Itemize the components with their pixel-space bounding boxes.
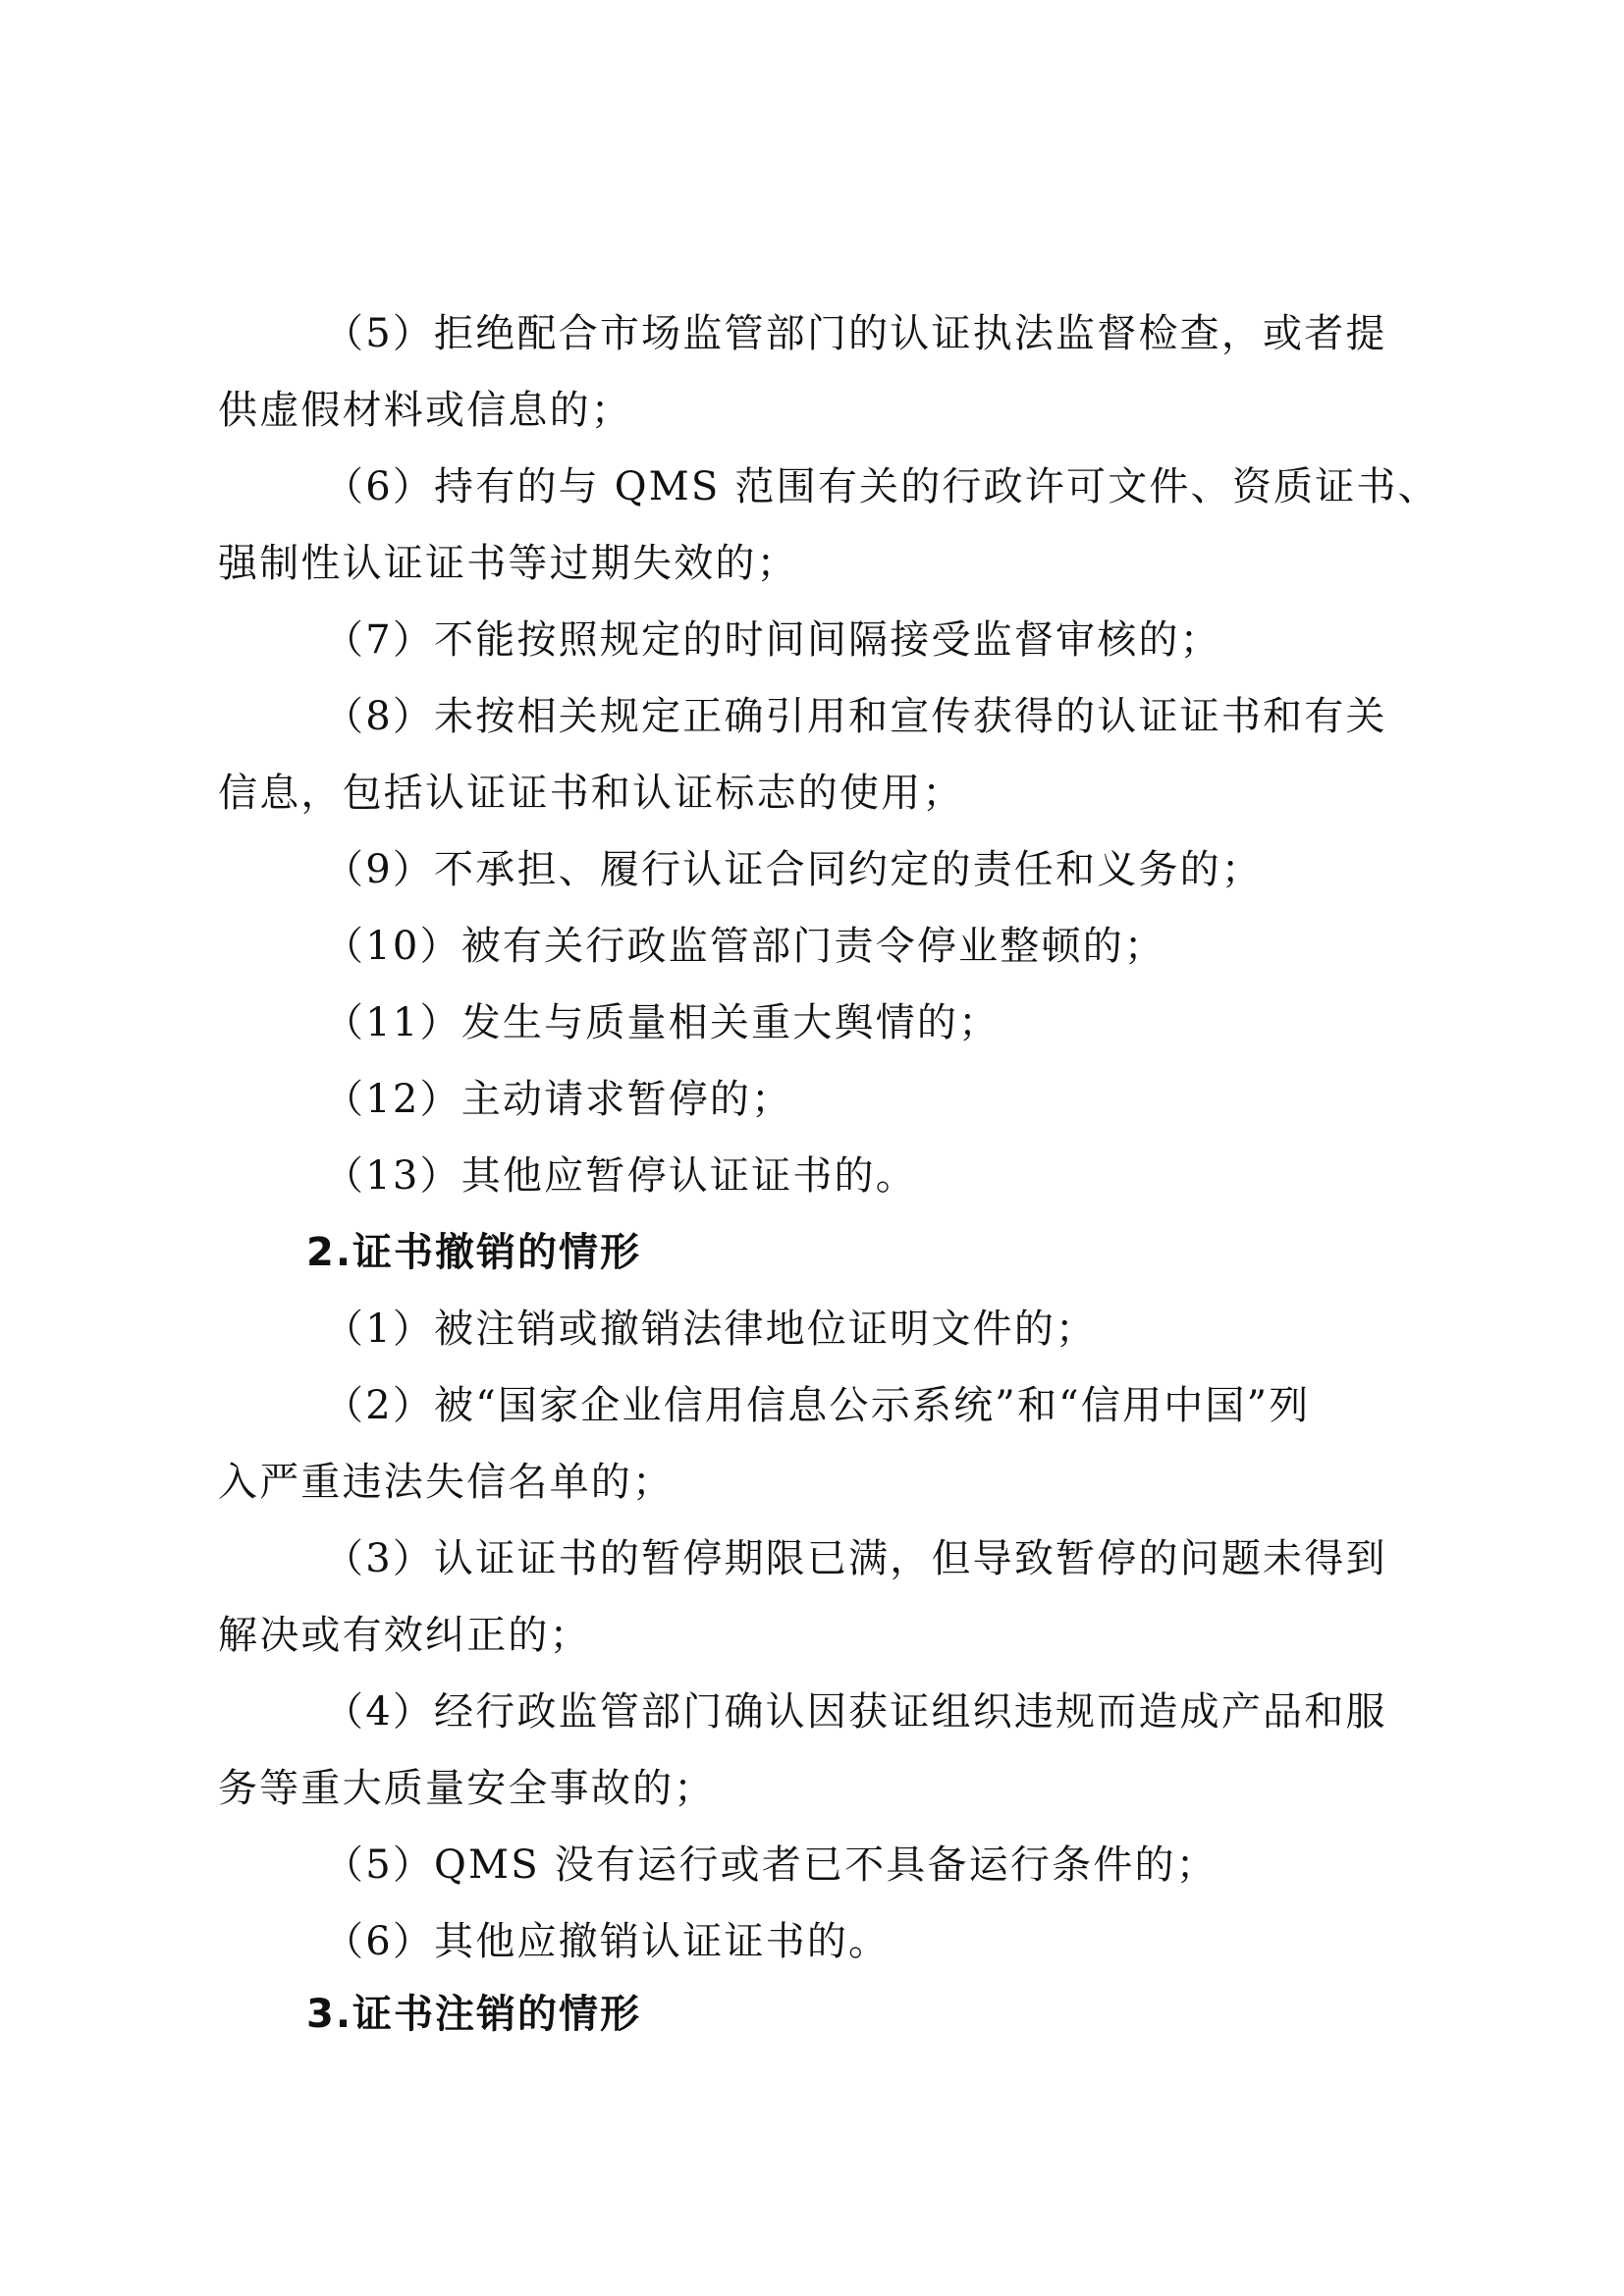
suspension-item-8-line-1: （8）未按相关规定正确引用和宣传获得的认证证书和有关 (324, 678, 1434, 755)
suspension-item-12: （12）主动请求暂停的； (324, 1061, 1434, 1138)
revocation-item-5: （5）QMS 没有运行或者已不具备运行条件的； (324, 1827, 1434, 1903)
revocation-item-2-line-2: 入严重违法失信名单的； (218, 1444, 1435, 1521)
suspension-item-7: （7）不能按照规定的时间间隔接受监督审核的； (324, 602, 1434, 678)
suspension-item-6-line-1: （6）持有的与 QMS 范围有关的行政许可文件、资质证书、 (324, 449, 1434, 525)
revocation-item-3-line-2: 解决或有效纠正的； (218, 1597, 1435, 1674)
suspension-item-10: （10）被有关行政监管部门责令停业整顿的； (324, 908, 1434, 985)
suspension-item-11: （11）发生与质量相关重大舆情的； (324, 985, 1434, 1061)
revocation-item-4-line-2: 务等重大质量安全事故的； (218, 1750, 1435, 1827)
revocation-item-6: （6）其他应撤销认证证书的。 (324, 1903, 1434, 1980)
suspension-item-5-line-1: （5）拒绝配合市场监管部门的认证执法监督检查，或者提 (324, 295, 1434, 372)
document-page: （5）拒绝配合市场监管部门的认证执法监督检查，或者提 供虚假材料或信息的； （6… (0, 0, 1624, 2296)
section-heading-cancellation: 3.证书注销的情形 (306, 1976, 1524, 2053)
suspension-item-13: （13）其他应暂停认证证书的。 (324, 1138, 1434, 1214)
revocation-item-4-line-1: （4）经行政监管部门确认因获证组织违规而造成产品和服 (324, 1674, 1434, 1750)
revocation-item-3-line-1: （3）认证证书的暂停期限已满，但导致暂停的问题未得到 (324, 1521, 1434, 1597)
suspension-item-8-line-2: 信息，包括认证证书和认证标志的使用； (218, 755, 1435, 831)
suspension-item-5-line-2: 供虚假材料或信息的； (218, 372, 1435, 449)
section-heading-revocation: 2.证书撤销的情形 (306, 1214, 1524, 1291)
suspension-item-6-line-2: 强制性认证证书等过期失效的； (218, 525, 1435, 602)
suspension-item-9: （9）不承担、履行认证合同约定的责任和义务的； (324, 831, 1434, 908)
revocation-item-2-line-1: （2）被“国家企业信用信息公示系统”和“信用中国”列 (324, 1367, 1434, 1444)
revocation-item-1: （1）被注销或撤销法律地位证明文件的； (324, 1291, 1434, 1367)
